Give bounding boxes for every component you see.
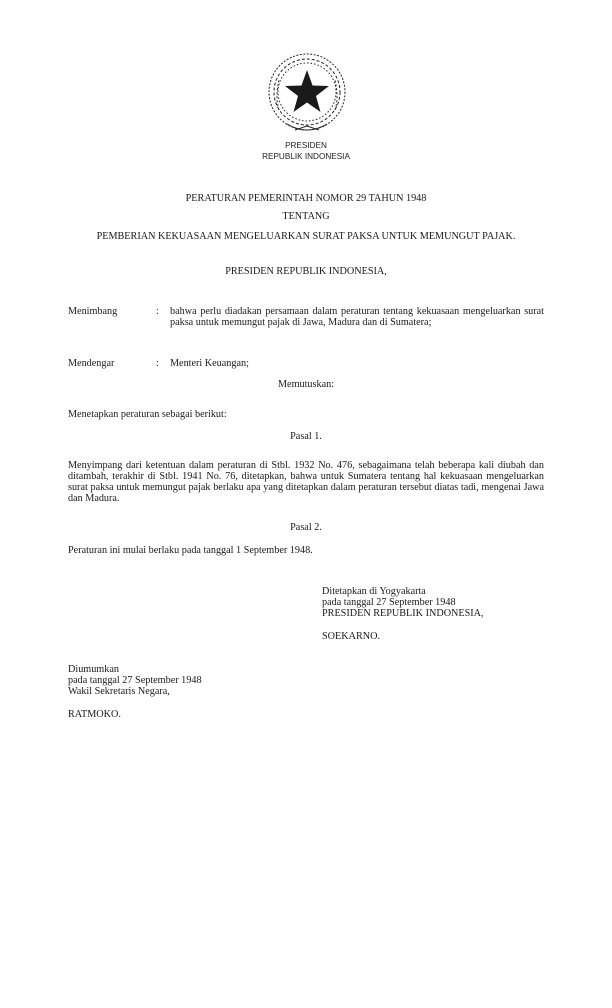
signature-title: PRESIDEN REPUBLIK INDONESIA, bbox=[322, 608, 484, 619]
promulgation-name: RATMOKO. bbox=[68, 709, 121, 720]
consideration-text: bahwa perlu diadakan persamaan dalam per… bbox=[170, 306, 544, 328]
hearing-colon: : bbox=[156, 358, 159, 369]
enactment-text: Menetapkan peraturan sebagai berikut: bbox=[68, 409, 544, 420]
decision-heading: Memutuskan: bbox=[0, 379, 612, 390]
article-1-text: Menyimpang dari ketentuan dalam peratura… bbox=[68, 460, 544, 504]
header-line-presiden: PRESIDEN bbox=[0, 140, 612, 151]
hearing-label: Mendengar bbox=[68, 358, 158, 369]
article-1-heading: Pasal 1. bbox=[0, 431, 612, 442]
article-2-heading: Pasal 2. bbox=[0, 522, 612, 533]
promulgation-label: Diumumkan bbox=[68, 664, 119, 675]
preamble: PRESIDEN REPUBLIK INDONESIA, bbox=[0, 266, 612, 277]
presidential-emblem-icon bbox=[265, 50, 349, 138]
signature-place: Ditetapkan di Yogyakarta bbox=[322, 586, 426, 597]
header-line-republik: REPUBLIK INDONESIA bbox=[0, 151, 612, 162]
hearing-text: Menteri Keuangan; bbox=[170, 358, 544, 369]
promulgation-date: pada tanggal 27 September 1948 bbox=[68, 675, 202, 686]
consideration-colon: : bbox=[156, 306, 159, 317]
promulgation-title: Wakil Sekretaris Negara, bbox=[68, 686, 170, 697]
regulation-title: PERATURAN PEMERINTAH NOMOR 29 TAHUN 1948 bbox=[0, 193, 612, 204]
signature-date: pada tanggal 27 September 1948 bbox=[322, 597, 456, 608]
article-2-text: Peraturan ini mulai berlaku pada tanggal… bbox=[68, 545, 544, 556]
consideration-label: Menimbang bbox=[68, 306, 158, 317]
signature-name: SOEKARNO. bbox=[322, 631, 380, 642]
regulation-subject: PEMBERIAN KEKUASAAN MENGELUARKAN SURAT P… bbox=[0, 231, 612, 242]
regulation-about: TENTANG bbox=[0, 211, 612, 222]
